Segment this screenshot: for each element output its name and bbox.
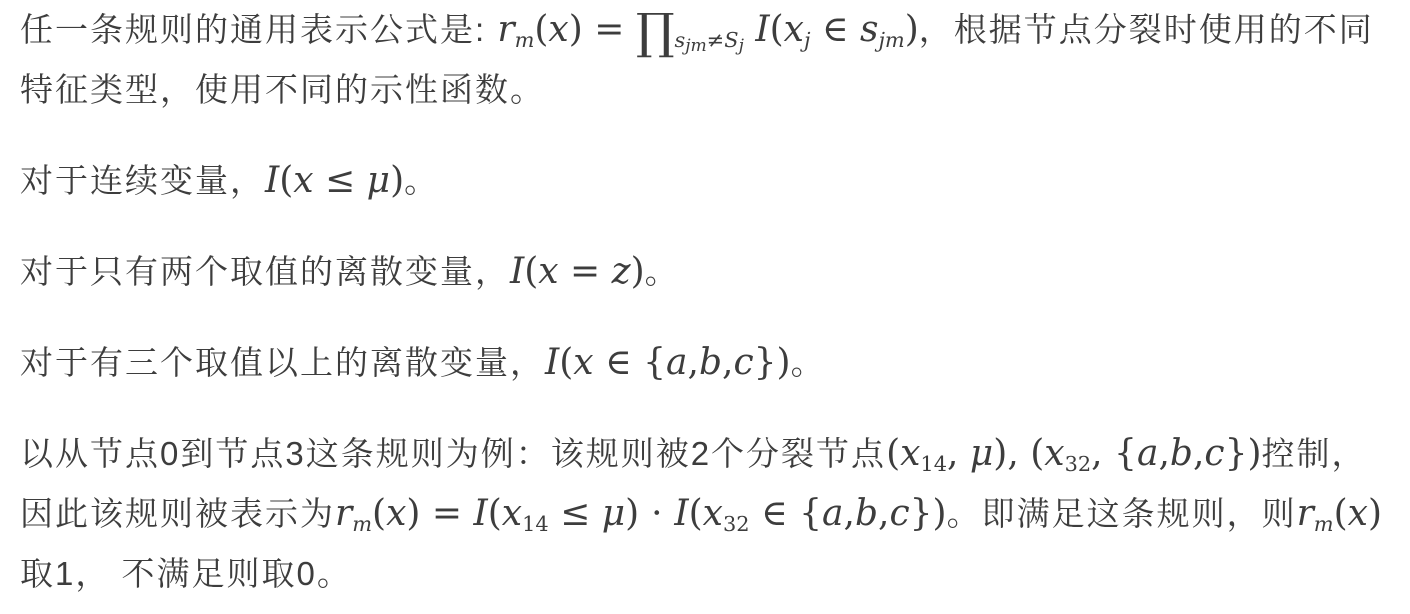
math-variable: r bbox=[335, 493, 352, 534]
math-variable: S bbox=[724, 28, 738, 52]
math-symbol: ( bbox=[886, 433, 900, 474]
math-symbol: ∈ { bbox=[594, 342, 666, 383]
math-symbol: ( bbox=[372, 493, 386, 534]
paragraph-multivalue-discrete-variable: 对于有三个取值以上的离散变量，I(x ∈ {a,b,c})。 bbox=[20, 333, 1388, 393]
math-variable: x bbox=[538, 251, 558, 292]
math-variable: I bbox=[510, 251, 524, 292]
math-subscript: m bbox=[515, 28, 535, 52]
math-symbol: , bbox=[878, 493, 889, 534]
math-variable: μ bbox=[602, 493, 625, 534]
math-variable: I bbox=[674, 493, 688, 534]
text-run: 对于连续变量， bbox=[20, 162, 265, 199]
math-symbol: 14 bbox=[920, 452, 947, 476]
math-variable: s bbox=[860, 9, 878, 50]
text-run: 。 bbox=[404, 162, 439, 199]
math-symbol: ) bbox=[905, 9, 919, 50]
product-symbol: ∏ bbox=[636, 4, 675, 60]
math-symbol: }) bbox=[754, 342, 791, 383]
math-subscript: jm bbox=[878, 28, 904, 52]
article: 任一条规则的通用表示公式是: rm(x) = ∏sjm≠Sj I(xj ∈ sj… bbox=[0, 0, 1410, 604]
math-variable: a bbox=[822, 493, 843, 534]
math-symbol: = bbox=[559, 251, 612, 292]
math-variable: c bbox=[733, 342, 753, 383]
math-formula: rm(x) bbox=[1297, 493, 1382, 534]
math-symbol: ) bbox=[1368, 493, 1382, 534]
math-symbol: 32 bbox=[1065, 452, 1092, 476]
math-variable: I bbox=[473, 493, 487, 534]
math-variable: b bbox=[855, 493, 878, 534]
math-variable: μ bbox=[970, 433, 993, 474]
math-subscript: sjm≠Sj bbox=[675, 28, 744, 52]
math-symbol: , bbox=[1193, 433, 1204, 474]
math-formula: rm(x) = ∏sjm≠Sj I(xj ∈ sjm) bbox=[497, 9, 918, 50]
math-variable: r bbox=[497, 9, 514, 50]
math-subscript: m bbox=[1314, 512, 1334, 536]
text-run: 。 bbox=[645, 253, 680, 290]
paragraph-example-rule: 以从节点0到节点3这条规则为例：该规则被2个分裂节点(x14, μ), (x32… bbox=[20, 424, 1388, 604]
paragraph-rule-general-formula: 任一条规则的通用表示公式是: rm(x) = ∏sjm≠Sj I(xj ∈ sj… bbox=[20, 0, 1388, 120]
math-symbol: ) bbox=[390, 160, 404, 201]
math-symbol: ( bbox=[524, 251, 538, 292]
math-symbol bbox=[744, 9, 755, 50]
math-variable: c bbox=[889, 493, 909, 534]
math-variable: m bbox=[515, 28, 535, 52]
math-symbol: , bbox=[843, 493, 854, 534]
math-symbol: ( bbox=[488, 493, 502, 534]
math-symbol: ( bbox=[534, 9, 548, 50]
math-symbol: ) = bbox=[406, 493, 473, 534]
math-variable: m bbox=[1314, 512, 1334, 536]
math-subscript: jm bbox=[685, 36, 707, 56]
math-formula: (x14, μ), (x32, {a,b,c}) bbox=[886, 433, 1261, 474]
math-symbol: }) bbox=[910, 493, 947, 534]
math-formula: I(x = z) bbox=[510, 251, 645, 292]
paragraph-binary-discrete-variable: 对于只有两个取值的离散变量，I(x = z)。 bbox=[20, 242, 1388, 302]
math-variable: x bbox=[1044, 433, 1064, 474]
math-symbol: , bbox=[947, 433, 970, 474]
math-variable: x bbox=[784, 9, 804, 50]
math-symbol: ≤ bbox=[549, 493, 602, 534]
math-variable: c bbox=[1204, 433, 1224, 474]
math-symbol: ), ( bbox=[993, 433, 1044, 474]
math-variable: x bbox=[548, 9, 568, 50]
math-variable: x bbox=[703, 493, 723, 534]
text-run: 。即满足这条规则，则 bbox=[947, 495, 1297, 532]
math-symbol: 32 bbox=[723, 512, 750, 536]
math-symbol: ( bbox=[279, 160, 293, 201]
math-subscript: 14 bbox=[522, 512, 549, 536]
math-symbol: ∈ { bbox=[750, 493, 822, 534]
math-symbol: , bbox=[1158, 433, 1169, 474]
math-formula: I(x ≤ μ) bbox=[265, 160, 404, 201]
math-variable: x bbox=[1348, 493, 1368, 534]
text-run: 取1， 不满足则取0。 bbox=[20, 555, 352, 592]
math-variable: jm bbox=[685, 36, 707, 56]
math-formula: I(x ∈ {a,b,c}) bbox=[545, 342, 791, 383]
math-variable: a bbox=[666, 342, 687, 383]
math-variable: I bbox=[755, 9, 769, 50]
math-variable: s bbox=[675, 28, 686, 52]
math-symbol: ≠ bbox=[707, 28, 725, 52]
math-variable: x bbox=[502, 493, 522, 534]
paragraph-continuous-variable: 对于连续变量，I(x ≤ μ)。 bbox=[20, 151, 1388, 211]
math-variable: m bbox=[352, 512, 372, 536]
math-variable: b bbox=[699, 342, 722, 383]
math-symbol: ) ⋅ bbox=[625, 493, 674, 534]
text-run: 对于只有两个取值的离散变量， bbox=[20, 253, 510, 290]
math-subscript: 32 bbox=[723, 512, 750, 536]
math-symbol: , bbox=[688, 342, 699, 383]
math-subscript: 14 bbox=[920, 452, 947, 476]
math-variable: I bbox=[545, 342, 559, 383]
math-symbol: ( bbox=[559, 342, 573, 383]
math-variable: jm bbox=[878, 28, 904, 52]
math-symbol: }) bbox=[1225, 433, 1262, 474]
text-run: 。 bbox=[791, 344, 826, 381]
math-symbol: ) = bbox=[569, 9, 636, 50]
math-symbol: , { bbox=[1091, 433, 1137, 474]
math-variable: x bbox=[573, 342, 593, 383]
math-variable: r bbox=[1297, 493, 1314, 534]
math-symbol: ) bbox=[631, 251, 645, 292]
math-variable: z bbox=[612, 251, 631, 292]
math-formula: rm(x) = I(x14 ≤ μ) ⋅ I(x32 ∈ {a,b,c}) bbox=[335, 493, 947, 534]
math-symbol: ∈ bbox=[810, 9, 860, 50]
math-symbol: 14 bbox=[522, 512, 549, 536]
text-run: 对于有三个取值以上的离散变量， bbox=[20, 344, 545, 381]
text-run: 以从节点0到节点3这条规则为例：该规则被2个分裂节点 bbox=[20, 435, 886, 472]
math-variable: I bbox=[265, 160, 279, 201]
math-variable: μ bbox=[367, 160, 390, 201]
math-subscript: m bbox=[352, 512, 372, 536]
math-variable: b bbox=[1170, 433, 1193, 474]
math-symbol: ≤ bbox=[314, 160, 367, 201]
math-variable: x bbox=[900, 433, 920, 474]
text-run: 任一条规则的通用表示公式是: bbox=[20, 11, 497, 48]
math-symbol: ( bbox=[1334, 493, 1348, 534]
math-variable: x bbox=[293, 160, 313, 201]
math-symbol: ( bbox=[770, 9, 784, 50]
math-variable: x bbox=[386, 493, 406, 534]
math-variable: a bbox=[1137, 433, 1158, 474]
math-subscript: 32 bbox=[1065, 452, 1092, 476]
math-symbol: , bbox=[722, 342, 733, 383]
math-symbol: ( bbox=[689, 493, 703, 534]
